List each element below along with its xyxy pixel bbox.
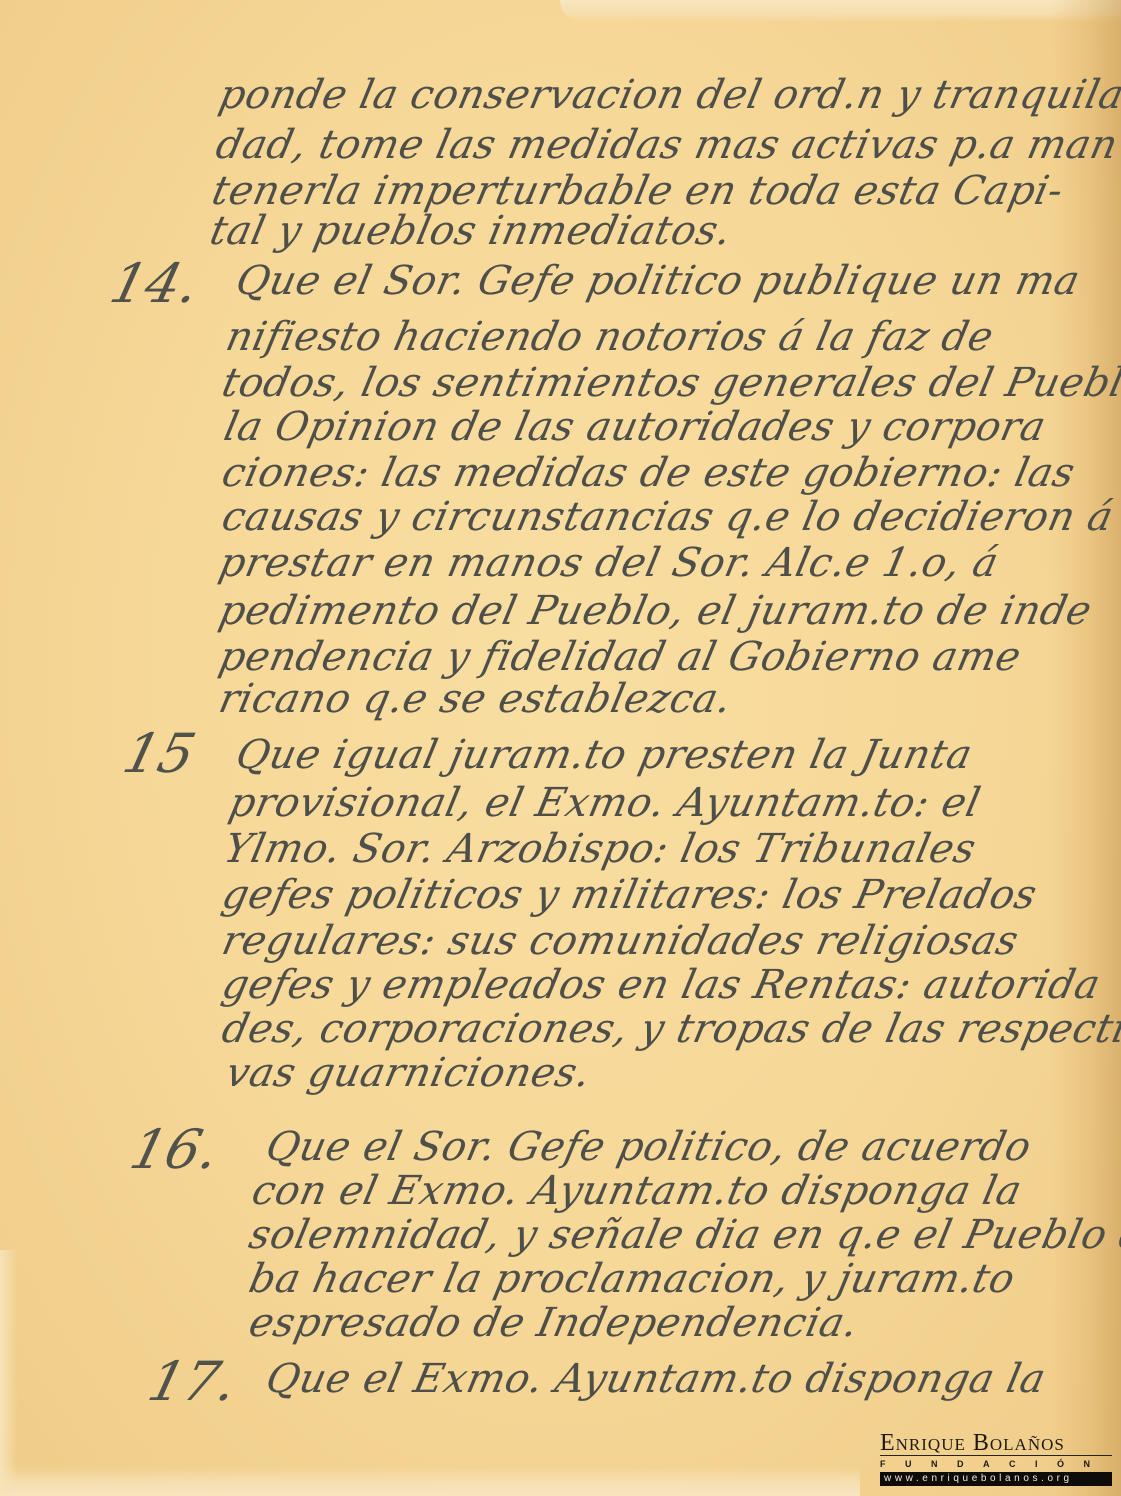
item-15-line: regulares: sus comunidades religiosas [218,918,1023,964]
item-14-line: pendencia y fidelidad al Gobierno ame [215,634,1025,680]
item-15-line: gefes y empleados en las Rentas: autorid… [218,962,1104,1008]
continuation-line: tal y pueblos inmediatos. [206,208,736,254]
logo-subtitle: FUNDACIÓN [880,1459,1112,1470]
item-number-17: 17. [142,1350,244,1413]
item-14-line: causas y circunstancias q.e lo decidiero… [218,494,1117,540]
paper-faded-top-edge [560,0,1121,22]
item-number-15: 15 [117,722,201,785]
item-14-line: ricano q.e se establezca. [215,676,736,722]
item-16-line: Que el Sor. Gefe politico, de acuerdo [262,1124,1035,1170]
item-16-line: ba hacer la proclamacion, y juram.to [245,1256,1019,1302]
manuscript-page: ponde la conservacion del ord.n y tranqu… [0,0,1121,1496]
item-number-14: 14. [104,252,206,315]
item-14-line: prestar en manos del Sor. Alc.e 1.o, á [215,540,1003,586]
item-16-line: espresado de Independencia. [245,1300,862,1346]
paper-faded-bottom-edge [0,1466,860,1496]
item-16-line: con el Exmo. Ayuntam.to disponga la [248,1168,1026,1214]
item-14-line: todos, los sentimientos generales del Pu… [218,360,1121,406]
item-number-16: 16. [124,1118,226,1181]
continuation-line: dad, tome las medidas mas activas p.a ma… [212,122,1121,168]
item-16-line: solemnidad, y señale dia en q.e el Puebl… [245,1212,1121,1258]
item-15-line: des, corporaciones, y tropas de las resp… [218,1006,1121,1052]
item-15-line: Que igual juram.to presten la Junta [232,732,976,778]
logo-url: www.enriquebolanos.org [880,1472,1112,1486]
item-15-line: provisional, el Exmo. Ayuntam.to: el [225,780,985,826]
fundacion-enrique-bolanos-logo: Enrique Bolaños FUNDACIÓN www.enriquebol… [880,1432,1112,1486]
item-17-line: Que el Exmo. Ayuntam.to disponga la [262,1356,1050,1402]
paper-shadow-right-edge [1051,0,1121,1496]
item-14-line: ciones: las medidas de este gobierno: la… [218,450,1079,496]
continuation-line: ponde la conservacion del ord.n y tranqu… [215,72,1121,118]
logo-title: Enrique Bolaños [880,1432,1112,1456]
item-15-line: Ylmo. Sor. Arzobispo: los Tribunales [220,826,980,872]
item-15-line: vas guarniciones. [222,1050,595,1096]
paper-faded-left-edge [0,1250,18,1496]
item-14-line: pedimento del Pueblo, el juram.to de ind… [215,588,1096,634]
item-14-line: Que el Sor. Gefe politico publique un ma [232,258,1084,304]
item-14-line: nifiesto haciendo notorios á la faz de [222,314,998,360]
item-14-line: la Opinion de las autoridades y corpora [220,404,1050,450]
item-15-line: gefes politicos y militares: los Prelado… [218,872,1041,918]
